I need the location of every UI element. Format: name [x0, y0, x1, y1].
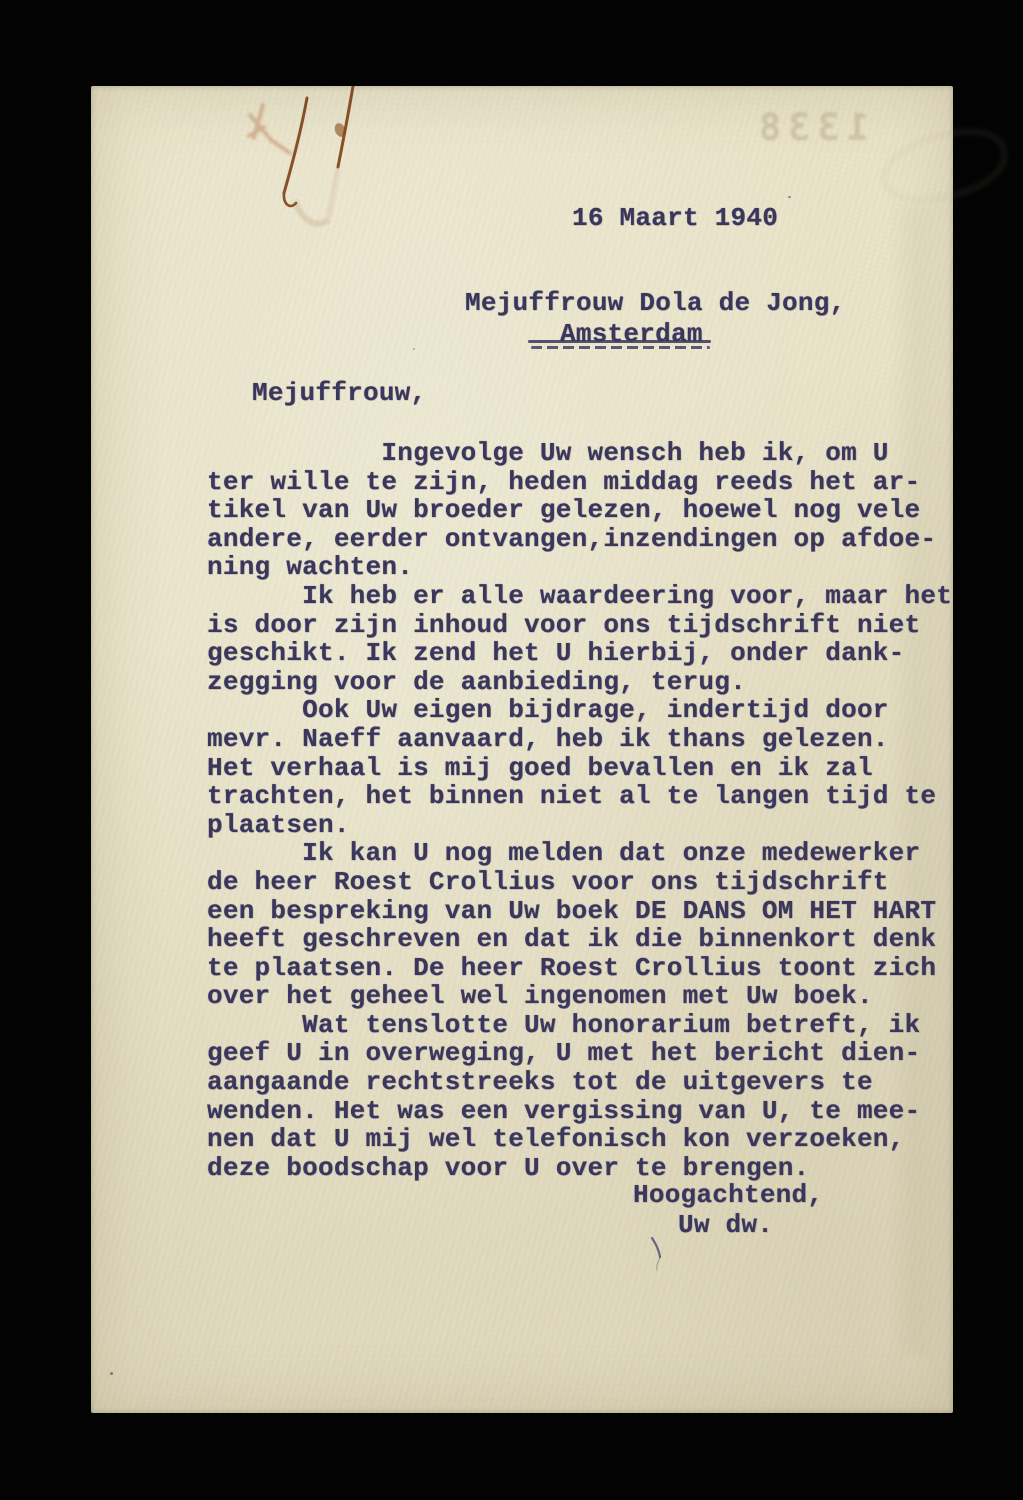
letter-line: andere, eerder ontvangen,inzendingen op … — [207, 525, 952, 554]
bleed-through-number: 1338 — [728, 106, 893, 149]
letter-page: 1338 16 Maart 1940 Mejuffrouw Dola de Jo… — [91, 86, 953, 1413]
letter-line: is door zijn inhoud voor ons tijdschrift… — [207, 611, 952, 640]
letter-body: Ingevolge Uw wensch heb ik, om Uter will… — [207, 439, 952, 1182]
letter-line: de heer Roest Crollius voor ons tijdschr… — [207, 868, 952, 897]
letter-line: Ook Uw eigen bijdrage, indertijd door — [207, 696, 952, 725]
letter-line: deze boodschap voor U over te brengen. — [207, 1154, 952, 1183]
ink-speck — [413, 348, 415, 350]
date-line: 16 Maart 1940 — [572, 204, 778, 233]
letter-line: ning wachten. — [207, 553, 952, 582]
letter-line: geef U in overweging, U met het bericht … — [207, 1039, 952, 1068]
bleed-through-smudge — [876, 122, 1013, 211]
letter-line: te plaatsen. De heer Roest Crollius toon… — [207, 954, 952, 983]
closing-salutation: Hoogachtend, — [633, 1181, 823, 1210]
letter-line: Ik kan U nog melden dat onze medewerker — [207, 839, 952, 868]
letter-line: aangaande rechtstreeks tot de uitgevers … — [207, 1068, 952, 1097]
letter-line: heeft geschreven en dat ik die binnenkor… — [207, 925, 952, 954]
letter-line: wenden. Het was een vergissing van U, te… — [207, 1097, 952, 1126]
city-underline — [528, 340, 711, 349]
letter-line: mevr. Naeff aanvaard, heb ik thans gelez… — [207, 725, 952, 754]
letter-line: Ik heb er alle waardeering voor, maar he… — [207, 582, 952, 611]
closing-signature: Uw dw. — [678, 1211, 773, 1240]
letter-line: zegging voor de aanbieding, terug. — [207, 668, 952, 697]
letter-line: Ingevolge Uw wensch heb ik, om U — [207, 439, 952, 468]
letter-line: Het verhaal is mij goed bevallen en ik z… — [207, 754, 952, 783]
letter-line: geschikt. Ik zend het U hierbij, onder d… — [207, 639, 952, 668]
letter-line: plaatsen. — [207, 811, 952, 840]
salutation: Mejuffrouw, — [252, 379, 426, 408]
letter-line: een bespreking van Uw boek DE DANS OM HE… — [207, 897, 952, 926]
letter-line: tikel van Uw broeder gelezen, hoewel nog… — [207, 496, 952, 525]
ink-speck — [110, 1372, 113, 1375]
ink-speck — [788, 196, 791, 198]
letter-line: ter wille te zijn, heden middag reeds he… — [207, 468, 952, 497]
recipient-name: Mejuffrouw Dola de Jong, — [465, 289, 845, 318]
letter-line: trachten, het binnen niet al te langen t… — [207, 782, 952, 811]
scanned-letter-photo: 1338 16 Maart 1940 Mejuffrouw Dola de Jo… — [0, 0, 1023, 1500]
letter-line: nen dat U mij wel telefonisch kon verzoe… — [207, 1125, 952, 1154]
letter-line: over het geheel wel ingenomen met Uw boe… — [207, 982, 952, 1011]
letter-line: Wat tenslotte Uw honorarium betreft, ik — [207, 1011, 952, 1040]
